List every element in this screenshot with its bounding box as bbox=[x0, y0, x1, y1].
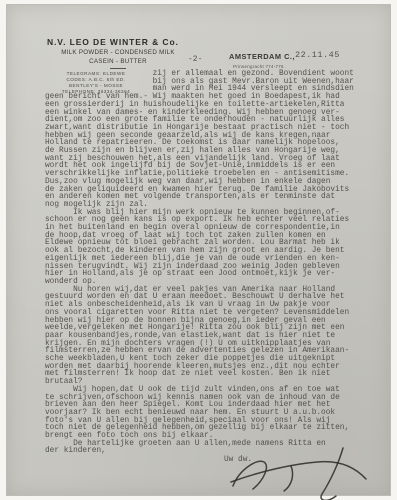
letterhead-divider bbox=[110, 68, 126, 69]
company-name: N.V. LEO DE WINTER & Co. bbox=[47, 37, 189, 47]
address-line: Prinsengracht 774-776 bbox=[233, 64, 284, 69]
letterhead-products-line2: CASEIN - BUTTER bbox=[47, 58, 189, 65]
date-typed: 22.11.45 bbox=[295, 50, 340, 60]
city-line: AMSTERDAM C., bbox=[229, 52, 295, 61]
letter-body: zij er allemaal en gezond. Bovendient wo… bbox=[45, 71, 354, 456]
handwritten-signature bbox=[229, 446, 369, 500]
letterhead-products-line1: MILK POWDER - CONDENSED MILK bbox=[47, 49, 189, 56]
scanned-letter-page: N.V. LEO DE WINTER & Co. MILK POWDER - C… bbox=[6, 4, 391, 496]
page-number: -2- bbox=[188, 55, 202, 64]
